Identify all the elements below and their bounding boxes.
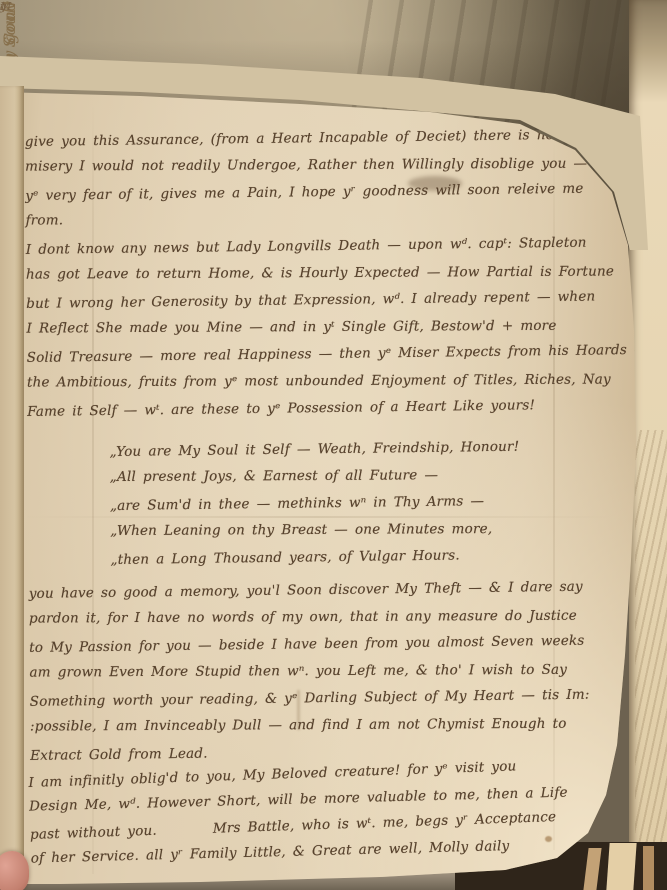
- finger: [0, 851, 29, 890]
- page-edge-sliver: [606, 843, 636, 890]
- paragraph-confession: you have so good a memory, you'l Soon di…: [29, 579, 631, 773]
- manuscript-photo: stant & only Joy of my Soul! me own Mada…: [0, 0, 667, 890]
- letter-line: „then a Long Thousand years, of Vulgar H…: [110, 545, 628, 579]
- paragraph-opening: give you this Assurance, (from a Heart I…: [25, 127, 626, 240]
- letter-text: give you this Assurance, (from a Heart I…: [25, 127, 631, 877]
- paragraph-news: I dont know any news but Lady Longvills …: [26, 235, 628, 429]
- paragraph-verse: „You are My Soul it Self — Weath, Freind…: [109, 438, 628, 578]
- margin-mark: a: [0, 0, 7, 13]
- letter-line: Fame it Self — wᵗ. are these to yᵉ Posse…: [27, 396, 627, 431]
- paragraph-closing: I am infinitly oblig'd to you, My Belove…: [28, 756, 631, 878]
- page-edge-sliver: [643, 846, 654, 890]
- previous-page-edge: [0, 86, 24, 886]
